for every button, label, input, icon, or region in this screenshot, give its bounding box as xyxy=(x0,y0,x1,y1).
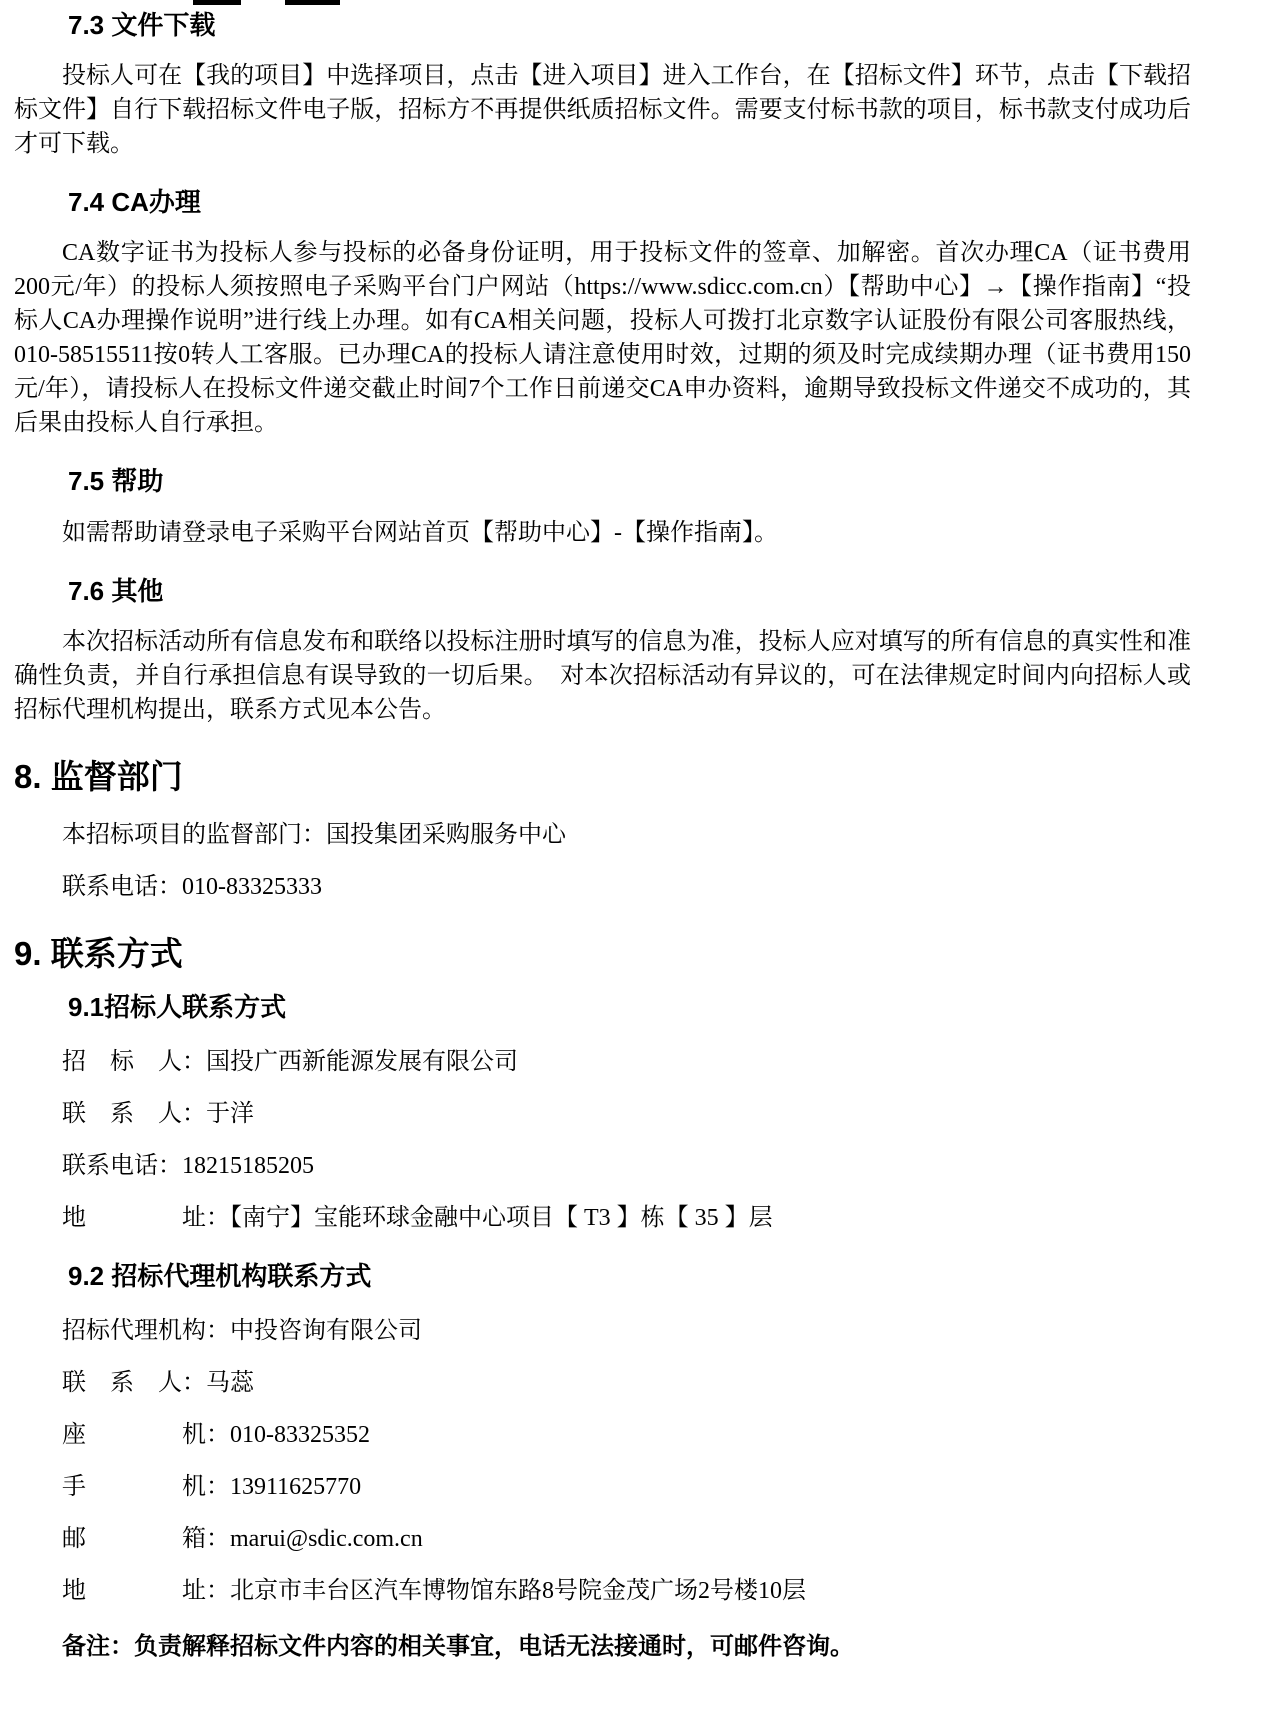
supervision-phone-line: 联系电话：010-83325333 xyxy=(14,870,1191,904)
paragraph-7-4: CA数字证书为投标人参与投标的必备身份证明，用于投标文件的签章、加解密。首次办理… xyxy=(14,236,1191,440)
remark-line: 备注：负责解释招标文件内容的相关事宜，电话无法接通时，可邮件咨询。 xyxy=(14,1630,1191,1664)
paragraph-7-6: 本次招标活动所有信息发布和联络以投标注册时填写的信息为准，投标人应对填写的所有信… xyxy=(14,625,1191,727)
agency-address-line: 地 址：北京市丰台区汽车博物馆东路8号院金茂广场2号楼10层 xyxy=(14,1574,1191,1608)
agency-email-line: 邮 箱：marui@sdic.com.cn xyxy=(14,1522,1191,1556)
paragraph-7-5: 如需帮助请登录电子采购平台网站首页【帮助中心】-【操作指南】。 xyxy=(14,516,1191,550)
tenderer-contact-person-line: 联 系 人：于洋 xyxy=(14,1097,1191,1131)
section-heading-9: 9. 联系方式 xyxy=(14,934,1191,974)
agency-mobile-line: 手 机：13911625770 xyxy=(14,1470,1191,1504)
section-heading-8: 8. 监督部门 xyxy=(14,757,1191,797)
section-heading-9-1: 9.1招标人联系方式 xyxy=(68,992,1191,1023)
tenderer-address-line: 地 址：【南宁】宝能环球金融中心项目【 T3 】栋【 35 】层 xyxy=(14,1201,1191,1235)
paragraph-7-3: 投标人可在【我的项目】中选择项目，点击【进入项目】进入工作台，在【招标文件】环节… xyxy=(14,59,1191,161)
agency-landline-line: 座 机：010-83325352 xyxy=(14,1418,1191,1452)
section-heading-7-4: 7.4 CA办理 xyxy=(68,187,1191,218)
tenderer-phone-line: 联系电话：18215185205 xyxy=(14,1149,1191,1183)
cropped-text-artifact xyxy=(285,0,340,5)
document-page: 7.3 文件下载 投标人可在【我的项目】中选择项目，点击【进入项目】进入工作台，… xyxy=(0,0,1269,1716)
cropped-text-artifact xyxy=(193,0,241,5)
section-heading-9-2: 9.2 招标代理机构联系方式 xyxy=(68,1261,1191,1292)
section-heading-7-3: 7.3 文件下载 xyxy=(68,10,1191,41)
supervision-department-line: 本招标项目的监督部门：国投集团采购服务中心 xyxy=(14,818,1191,852)
agency-line: 招标代理机构：中投咨询有限公司 xyxy=(14,1314,1191,1348)
agency-contact-person-line: 联 系 人：马蕊 xyxy=(14,1366,1191,1400)
section-heading-7-6: 7.6 其他 xyxy=(68,576,1191,607)
section-heading-7-5: 7.5 帮助 xyxy=(68,466,1191,497)
tenderer-line: 招 标 人：国投广西新能源发展有限公司 xyxy=(14,1045,1191,1079)
